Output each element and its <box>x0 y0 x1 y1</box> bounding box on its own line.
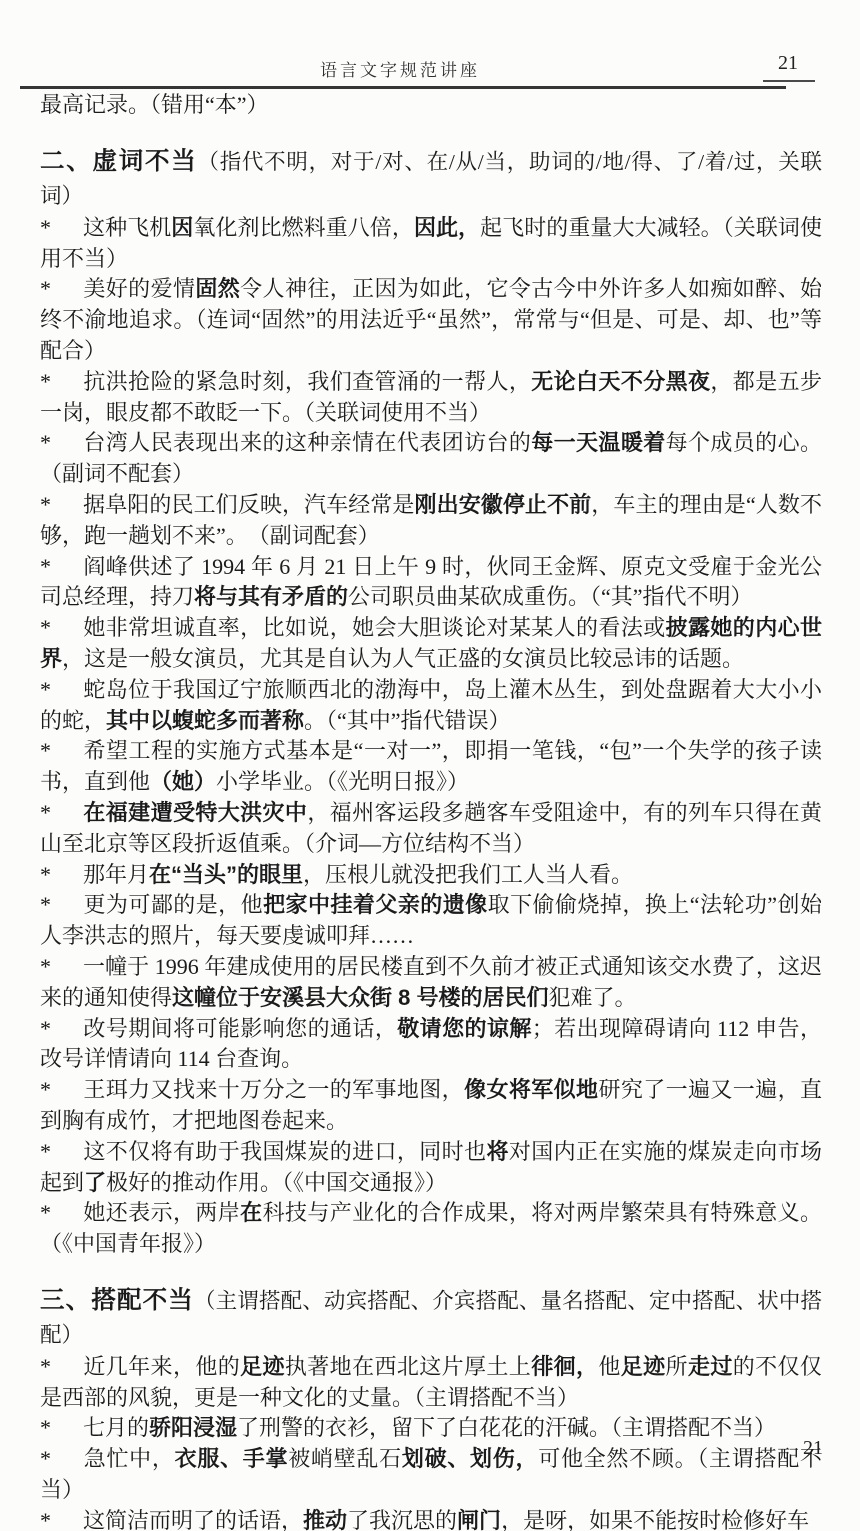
text-run: 台湾人民表现出来的这种亲情在代表团访台的 <box>83 430 531 455</box>
text-run: 执著地在西北这片厚土上 <box>285 1354 531 1379</box>
text-run: 他 <box>598 1354 620 1379</box>
bullet-marker: * <box>40 1198 83 1229</box>
bold-run: 在 <box>240 1200 262 1225</box>
list-item: *改号期间将可能影响您的通话，敬请您的谅解；若出现障碍请向 112 申告，改号详… <box>40 1014 822 1076</box>
continuation-line: 最高记录。（错用“本”） <box>40 90 822 121</box>
text-run: 抗洪抢险的紧急时刻，我们查管涌的一帮人， <box>83 369 531 394</box>
bold-run: 衣服、手掌 <box>175 1446 289 1471</box>
text-run: 所 <box>666 1354 688 1379</box>
text-run: 她还表示，两岸 <box>83 1200 240 1225</box>
bullet-marker: * <box>40 860 83 891</box>
bullet-marker: * <box>40 490 83 521</box>
text-run: 公司职员曲某砍成重伤。（“其”指代不明） <box>348 584 753 609</box>
h-title-run: 二、虚词不当 <box>40 148 197 175</box>
text-run: 那年月 <box>83 862 149 887</box>
bold-run: 每一天温暖着 <box>531 430 665 455</box>
list-item: *希望工程的实施方式基本是“一对一”，即捐一笔钱，“包”一个失学的孩子读书，直到… <box>40 736 822 798</box>
text-run: 这种飞机 <box>83 215 171 240</box>
bullet-marker: * <box>40 1444 83 1475</box>
bold-run: 其中以蝮蛇多而著称 <box>106 708 304 733</box>
text-run: 被峭壁乱石 <box>288 1446 402 1471</box>
bullet-marker: * <box>40 552 83 583</box>
list-item: *这种飞机因氧化剂比燃料重八倍，因此，起飞时的重量大大减轻。（关联词使用不当） <box>40 213 822 275</box>
bold-run: 足迹 <box>621 1354 666 1379</box>
footer-page-number: 21 <box>803 1437 823 1460</box>
bold-run: 骄阳浸湿 <box>149 1415 237 1440</box>
bold-run: 推动 <box>303 1508 347 1531</box>
text-run: 王珥力又找来十万分之一的军事地图， <box>83 1077 464 1102</box>
text-run: 了刑警的衣衫，留下了白花花的汗碱。（主谓搭配不当） <box>237 1415 776 1440</box>
bold-run: 把家中挂着父亲的遗像 <box>263 892 488 917</box>
bullet-marker: * <box>40 890 83 921</box>
text-run: 改号期间将可能影响您的通话， <box>83 1016 397 1041</box>
text-run: 近几年来，他的 <box>83 1354 240 1379</box>
list-item: *她还表示，两岸在科技与产业化的合作成果，将对两岸繁荣具有特殊意义。（《中国青年… <box>40 1198 822 1260</box>
text-run: 急忙中， <box>83 1446 175 1471</box>
bullet-marker: * <box>40 213 83 244</box>
section-heading: 二、虚词不当（指代不明，对于/对、在/从/当，助词的/地/得、了/着/过，关联词… <box>40 145 822 213</box>
list-item: *一幢于 1996 年建成使用的居民楼直到不久前才被正式通知该交水费了，这迟来的… <box>40 952 822 1014</box>
bold-run: 这幢位于安溪县大众街 8 号楼的居民们 <box>172 985 548 1010</box>
list-item: *蛇岛位于我国辽宁旅顺西北的渤海中，岛上灌木丛生，到处盘踞着大大小小的蛇，其中以… <box>40 675 822 737</box>
bullet-marker: * <box>40 798 83 829</box>
bullet-marker: * <box>40 613 83 644</box>
bold-run: 足迹 <box>240 1354 285 1379</box>
document-page: 语言文字规范讲座 21 最高记录。（错用“本”）二、虚词不当（指代不明，对于/对… <box>0 0 860 1531</box>
list-item: *美好的爱情固然令人神往，正因为如此，它令古今中外许多人如痴如醉、始终不渝地追求… <box>40 274 822 366</box>
text-run: ，压根儿就没把我们工人当人看。 <box>303 862 633 887</box>
section-gap <box>40 1260 822 1283</box>
bold-run: 因此， <box>414 215 480 240</box>
text-run: 她非常坦诚直率，比如说，她会大胆谈论对某某人的看法或 <box>83 615 666 640</box>
text-run: ，是呀，如果不能按时检修好车 <box>501 1508 809 1531</box>
text-run: 据阜阳的民工们反映，汽车经常是 <box>83 492 415 517</box>
text-run: 这简洁而明了的话语， <box>83 1508 303 1531</box>
list-item: *更为可鄙的是，他把家中挂着父亲的遗像取下偷偷烧掉，换上“法轮功”创始人李洪志的… <box>40 890 822 952</box>
list-item: *这不仅将有助于我国煤炭的进口，同时也将对国内正在实施的煤炭走向市场起到了极好的… <box>40 1137 822 1199</box>
list-item: *在福建遭受特大洪灾中，福州客运段多趟客车受阻途中，有的列车只得在黄山至北京等区… <box>40 798 822 860</box>
text-run: 极好的推动作用。（《中国交通报》） <box>106 1170 447 1195</box>
list-item: *台湾人民表现出来的这种亲情在代表团访台的每一天温暖着每个成员的心。（副词不配套… <box>40 428 822 490</box>
text-run: 最高记录。（错用“本”） <box>40 92 269 117</box>
bullet-marker: * <box>40 1014 83 1045</box>
h-title-run: 三、搭配不当 <box>40 1287 194 1314</box>
text-run: ，这是一般女演员，尤其是自认为人气正盛的女演员比较忌讳的话题。 <box>62 646 744 671</box>
bold-run: 敬请您的谅解 <box>397 1016 532 1041</box>
page-number-underline <box>763 80 815 82</box>
list-item: *七月的骄阳浸湿了刑警的衣衫，留下了白花花的汗碱。（主谓搭配不当） <box>40 1413 822 1444</box>
bold-run: 固然 <box>195 276 240 301</box>
text-run: 犯难了。 <box>548 985 636 1010</box>
list-item: *急忙中，衣服、手掌被峭壁乱石划破、划伤，可他全然不顾。（主谓搭配不当） <box>40 1444 822 1506</box>
text-run: 更为可鄙的是，他 <box>83 892 263 917</box>
bold-run: 无论白天不分黑夜 <box>531 369 710 394</box>
bold-run: 在“当头”的眼里 <box>149 862 303 887</box>
list-item: *她非常坦诚直率，比如说，她会大胆谈论对某某人的看法或披露她的内心世界，这是一般… <box>40 613 822 675</box>
bullet-marker: * <box>40 675 83 706</box>
text-run: 美好的爱情 <box>83 276 195 301</box>
bold-run: 徘徊， <box>531 1354 598 1379</box>
bold-run: 了 <box>84 1170 106 1195</box>
text-run: 。（“其中”指代错误） <box>304 708 511 733</box>
list-item: *这简洁而明了的话语，推动了我沉思的闸门，是呀，如果不能按时检修好车 <box>40 1506 822 1531</box>
bold-run: 在福建遭受特大洪灾中 <box>83 800 307 825</box>
page-body: 最高记录。（错用“本”）二、虚词不当（指代不明，对于/对、在/从/当，助词的/地… <box>40 90 822 1531</box>
running-header-title: 语言文字规范讲座 <box>0 56 800 81</box>
bold-run: 因 <box>171 215 193 240</box>
section-gap <box>40 121 822 144</box>
section-heading: 三、搭配不当（主谓搭配、动宾搭配、介宾搭配、量名搭配、定中搭配、状中搭配） <box>40 1284 822 1352</box>
bullet-marker: * <box>40 428 83 459</box>
list-item: *据阜阳的民工们反映，汽车经常是刚出安徽停止不前，车主的理由是“人数不够，跑一趟… <box>40 490 822 552</box>
bullet-marker: * <box>40 1413 83 1444</box>
bullet-marker: * <box>40 1506 83 1531</box>
bullet-marker: * <box>40 274 83 305</box>
bold-run: 将与其有矛盾的 <box>194 584 348 609</box>
bold-run: 像女将军似地 <box>464 1077 598 1102</box>
text-run: 这不仅将有助于我国煤炭的进口，同时也 <box>83 1139 486 1164</box>
list-item: *阎峰供述了 1994 年 6 月 21 日上午 9 时，伙同王金辉、原克文受雇… <box>40 552 822 614</box>
text-run: 七月的 <box>83 1415 149 1440</box>
bullet-marker: * <box>40 1352 83 1383</box>
bold-run: 闸门 <box>457 1508 501 1531</box>
bullet-marker: * <box>40 952 83 983</box>
text-run: 小学毕业。（《光明日报》） <box>216 769 469 794</box>
bold-run: 划破、划伤， <box>402 1446 538 1471</box>
bold-run: （她） <box>150 769 216 794</box>
list-item: *近几年来，他的足迹执著地在西北这片厚土上徘徊，他足迹所走过的不仅仅是西部的风貌… <box>40 1352 822 1414</box>
bold-run: 将 <box>486 1139 508 1164</box>
bullet-marker: * <box>40 367 83 398</box>
bold-run: 走过 <box>688 1354 733 1379</box>
header-rule <box>20 86 786 89</box>
bullet-marker: * <box>40 736 83 767</box>
bullet-marker: * <box>40 1137 83 1168</box>
text-run: 了我沉思的 <box>347 1508 457 1531</box>
text-run: 氧化剂比燃料重八倍， <box>193 215 414 240</box>
list-item: *那年月在“当头”的眼里，压根儿就没把我们工人当人看。 <box>40 860 822 891</box>
bullet-marker: * <box>40 1075 83 1106</box>
header-page-number: 21 <box>778 52 798 75</box>
list-item: *抗洪抢险的紧急时刻，我们查管涌的一帮人，无论白天不分黑夜，都是五步一岗，眼皮都… <box>40 367 822 429</box>
list-item: *王珥力又找来十万分之一的军事地图，像女将军似地研究了一遍又一遍，直到胸有成竹，… <box>40 1075 822 1137</box>
bold-run: 刚出安徽停止不前 <box>415 492 592 517</box>
